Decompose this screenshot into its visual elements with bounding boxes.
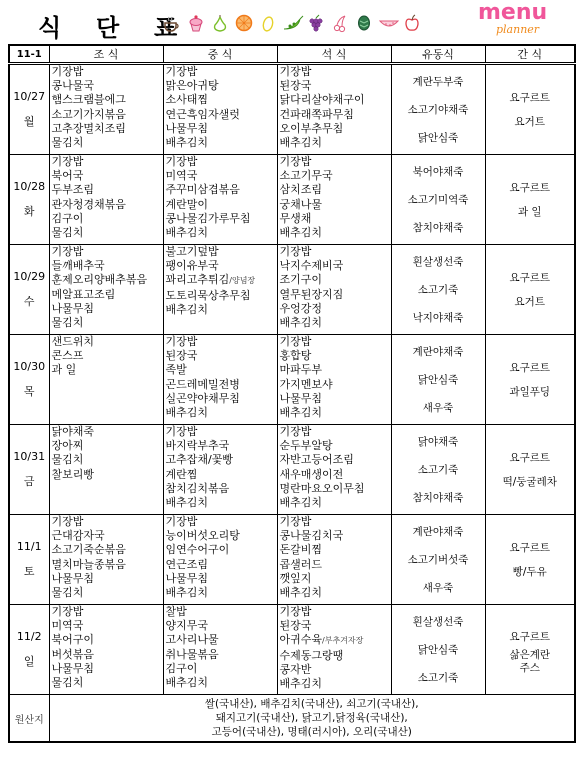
liquid-diet-cell: 북어야채죽소고기미역죽참치야채죽	[391, 155, 485, 245]
snack-cell: 요구르트빵/두유	[485, 515, 575, 605]
table-header-row: 11-1 조 식 중 식 석 식 유동식 간 식	[9, 45, 575, 64]
dinner-cell: 기장밥홍합탕마파두부가지멘보샤나물무침배추김치	[277, 335, 391, 425]
page-header: 식단표 menu planner	[0, 0, 582, 42]
breakfast-cell: 기장밥북어국두부조림관자청경채볶음김구이물김치	[49, 155, 163, 245]
snack-cell: 요구르트요거트	[485, 64, 575, 155]
logo-main-text: menu	[478, 2, 547, 24]
cherry-icon	[330, 13, 350, 33]
dinner-cell: 기장밥된장국닭다리살야채구이건파래쪽파무침오이부추무침배추김치	[277, 64, 391, 155]
lunch-cell: 기장밥미역국주꾸미삼겹볶음계란말이콩나물김가루무침배추김치	[163, 155, 277, 245]
sauce-note: /양념장	[229, 276, 255, 285]
peapod-icon	[282, 13, 302, 33]
cupcake-icon	[186, 13, 206, 33]
date-cell: 10/28화	[9, 155, 49, 245]
snack-cell: 요구르트떡/둥굴레차	[485, 425, 575, 515]
apple-icon	[402, 13, 422, 33]
liquid-diet-cell: 닭야채죽소고기죽참치야채죽	[391, 425, 485, 515]
snack-cell: 요구르트과일푸딩	[485, 335, 575, 425]
pear-icon	[210, 13, 230, 33]
header-week: 11-1	[9, 45, 49, 64]
date-cell: 10/31금	[9, 425, 49, 515]
lunch-cell: 기장밥된장국족발곤드레메밀전병실곤약야채무침배추김치	[163, 335, 277, 425]
header-liquid-diet: 유동식	[391, 45, 485, 64]
snack-cell: 요구르트삶은계란주스	[485, 605, 575, 695]
grapes-icon	[306, 13, 326, 33]
liquid-diet-cell: 계란야채죽소고기버섯죽새우죽	[391, 515, 485, 605]
breakfast-cell: 샌드위치콘스프과 일	[49, 335, 163, 425]
orange-slice-icon	[234, 13, 254, 33]
lunch-cell: 기장밥능이버섯오리탕임연수어구이연근조림나물무침배추김치	[163, 515, 277, 605]
snack-cell: 요구르트요거트	[485, 245, 575, 335]
dinner-cell: 기장밥소고기무국삼치조림궁채나물무생채배추김치	[277, 155, 391, 245]
lunch-cell: 기장밥맑은아귀탕소사태찜연근흑임자샐럿나물무침배추김치	[163, 64, 277, 155]
date-cell: 10/30목	[9, 335, 49, 425]
decorative-icons	[162, 10, 422, 36]
breakfast-cell: 닭야채죽장아찌물김치찰보리빵	[49, 425, 163, 515]
date-cell: 11/1토	[9, 515, 49, 605]
menu-planner-logo: menu planner	[478, 2, 547, 35]
table-row: 10/31금 닭야채죽장아찌물김치찰보리빵 기장밥바지락부추국고추잡채/꽃빵계란…	[9, 425, 575, 515]
logo-sub-text: planner	[496, 24, 547, 35]
date-cell: 10/27월	[9, 64, 49, 155]
table-row: 10/30목 샌드위치콘스프과 일 기장밥된장국족발곤드레메밀전병실곤약야채무침…	[9, 335, 575, 425]
lemon-icon	[258, 13, 278, 33]
table-row: 10/29수 기장밥들깨배추국훈제오리양배추볶음메알표고조림나물무침물김치 불고…	[9, 245, 575, 335]
dinner-cell: 기장밥콩나물김치국돈갈비찜콥샐러드깻잎지배추김치	[277, 515, 391, 605]
sauce-note: /부추겨자장	[322, 636, 363, 645]
date-cell: 11/2일	[9, 605, 49, 695]
date-cell: 10/29수	[9, 245, 49, 335]
table-row: 10/27월 기장밥콩나물국햄스크램블에그소고기가지볶음고추장멸치조림물김치 기…	[9, 64, 575, 155]
origin-label: 원산지	[9, 695, 49, 743]
title-char: 단	[96, 8, 154, 43]
table-row: 11/2일 기장밥미역국북어구이버섯볶음나물무침물김치 찰밥양지무국고사리나물취…	[9, 605, 575, 695]
dinner-cell: 기장밥낙지수제비국조기구이열무된장지짐우엉강정배추김치	[277, 245, 391, 335]
dinner-cell: 기장밥된장국아귀수육/부추겨자장수제동그랑땡콩자반배추김치	[277, 605, 391, 695]
artichoke-icon	[354, 13, 374, 33]
header-snack: 간 식	[485, 45, 575, 64]
title-char: 식	[38, 8, 96, 43]
liquid-diet-cell: 흰살생선죽닭안심죽소고기죽	[391, 605, 485, 695]
breakfast-cell: 기장밥들깨배추국훈제오리양배추볶음메알표고조림나물무침물김치	[49, 245, 163, 335]
header-breakfast: 조 식	[49, 45, 163, 64]
lunch-cell: 찰밥양지무국고사리나물취나물볶음김구이배추김치	[163, 605, 277, 695]
lunch-cell: 불고기덮밥팽이유부국꽈리고추튀김/양념장도토리묵상추무침배추김치	[163, 245, 277, 335]
lunch-cell: 기장밥바지락부추국고추잡채/꽃빵계란찜참치김치볶음배추김치	[163, 425, 277, 515]
dinner-cell: 기장밥순두부알탕자반고등어조림새우매생이전명란마요오이무침배추김치	[277, 425, 391, 515]
table-row: 11/1토 기장밥근대감자국소고기죽순볶음멸치마늘종볶음나물무침물김치 기장밥능…	[9, 515, 575, 605]
origin-row: 원산지 쌀(국내산), 배추김치(국내산), 쇠고기(국내산), 돼지고기(국내…	[9, 695, 575, 743]
liquid-diet-cell: 흰살생선죽소고기죽낙지야채죽	[391, 245, 485, 335]
breakfast-cell: 기장밥콩나물국햄스크램블에그소고기가지볶음고추장멸치조림물김치	[49, 64, 163, 155]
meal-table: 11-1 조 식 중 식 석 식 유동식 간 식 10/27월 기장밥콩나물국햄…	[8, 44, 576, 743]
origin-info: 쌀(국내산), 배추김치(국내산), 쇠고기(국내산), 돼지고기(국내산), …	[49, 695, 575, 743]
header-lunch: 중 식	[163, 45, 277, 64]
liquid-diet-cell: 계란두부죽소고기야채죽닭안심죽	[391, 64, 485, 155]
coffee-cup-icon	[162, 13, 182, 33]
breakfast-cell: 기장밥미역국북어구이버섯볶음나물무침물김치	[49, 605, 163, 695]
breakfast-cell: 기장밥근대감자국소고기죽순볶음멸치마늘종볶음나물무침물김치	[49, 515, 163, 605]
table-row: 10/28화 기장밥북어국두부조림관자청경채볶음김구이물김치 기장밥미역국주꾸미…	[9, 155, 575, 245]
liquid-diet-cell: 계란야채죽닭안심죽새우죽	[391, 335, 485, 425]
header-dinner: 석 식	[277, 45, 391, 64]
watermelon-icon	[378, 13, 398, 33]
snack-cell: 요구르트과 일	[485, 155, 575, 245]
